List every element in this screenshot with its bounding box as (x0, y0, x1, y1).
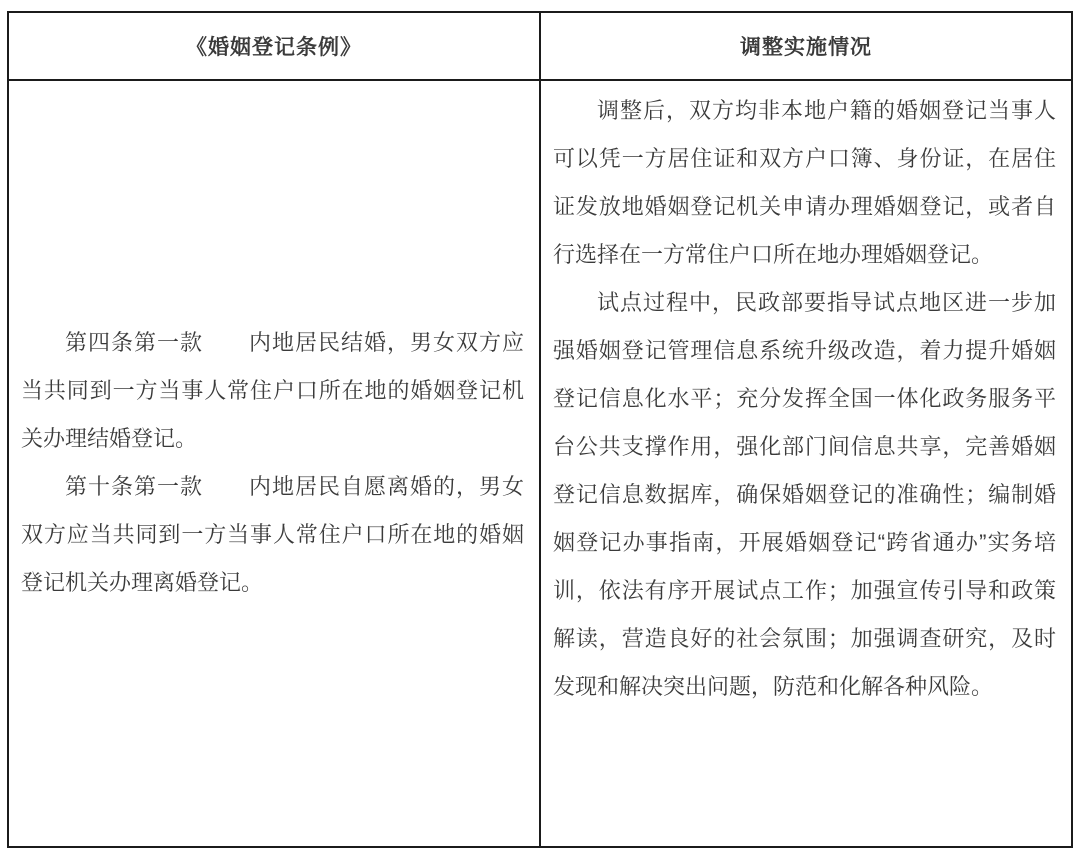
cell-implementation: 调整后，双方均非本地户籍的婚姻登记当事人可以凭一方居住证和双方户口簿、身份证，在… (540, 80, 1072, 847)
comparison-table: 《婚姻登记条例》 调整实施情况 第四条第一款 内地居民结婚，男女双方应当共同到一… (7, 11, 1073, 848)
header-cell-regulation: 《婚姻登记条例》 (8, 12, 540, 80)
implementation-pilot-paragraph: 试点过程中，民政部要指导试点地区进一步加强婚姻登记管理信息系统升级改造，着力提升… (553, 279, 1056, 711)
regulation-article-10-paragraph: 第十条第一款 内地居民自愿离婚的，男女双方应当共同到一方当事人常住户口所在地的婚… (21, 463, 524, 607)
table-header-row: 《婚姻登记条例》 调整实施情况 (8, 12, 1072, 80)
implementation-adjustment-paragraph: 调整后，双方均非本地户籍的婚姻登记当事人可以凭一方居住证和双方户口簿、身份证，在… (553, 87, 1056, 279)
regulation-article-4-paragraph: 第四条第一款 内地居民结婚，男女双方应当共同到一方当事人常住户口所在地的婚姻登记… (21, 319, 524, 463)
cell-regulation: 第四条第一款 内地居民结婚，男女双方应当共同到一方当事人常住户口所在地的婚姻登记… (8, 80, 540, 847)
header-cell-implementation: 调整实施情况 (540, 12, 1072, 80)
table-body-row: 第四条第一款 内地居民结婚，男女双方应当共同到一方当事人常住户口所在地的婚姻登记… (8, 80, 1072, 847)
